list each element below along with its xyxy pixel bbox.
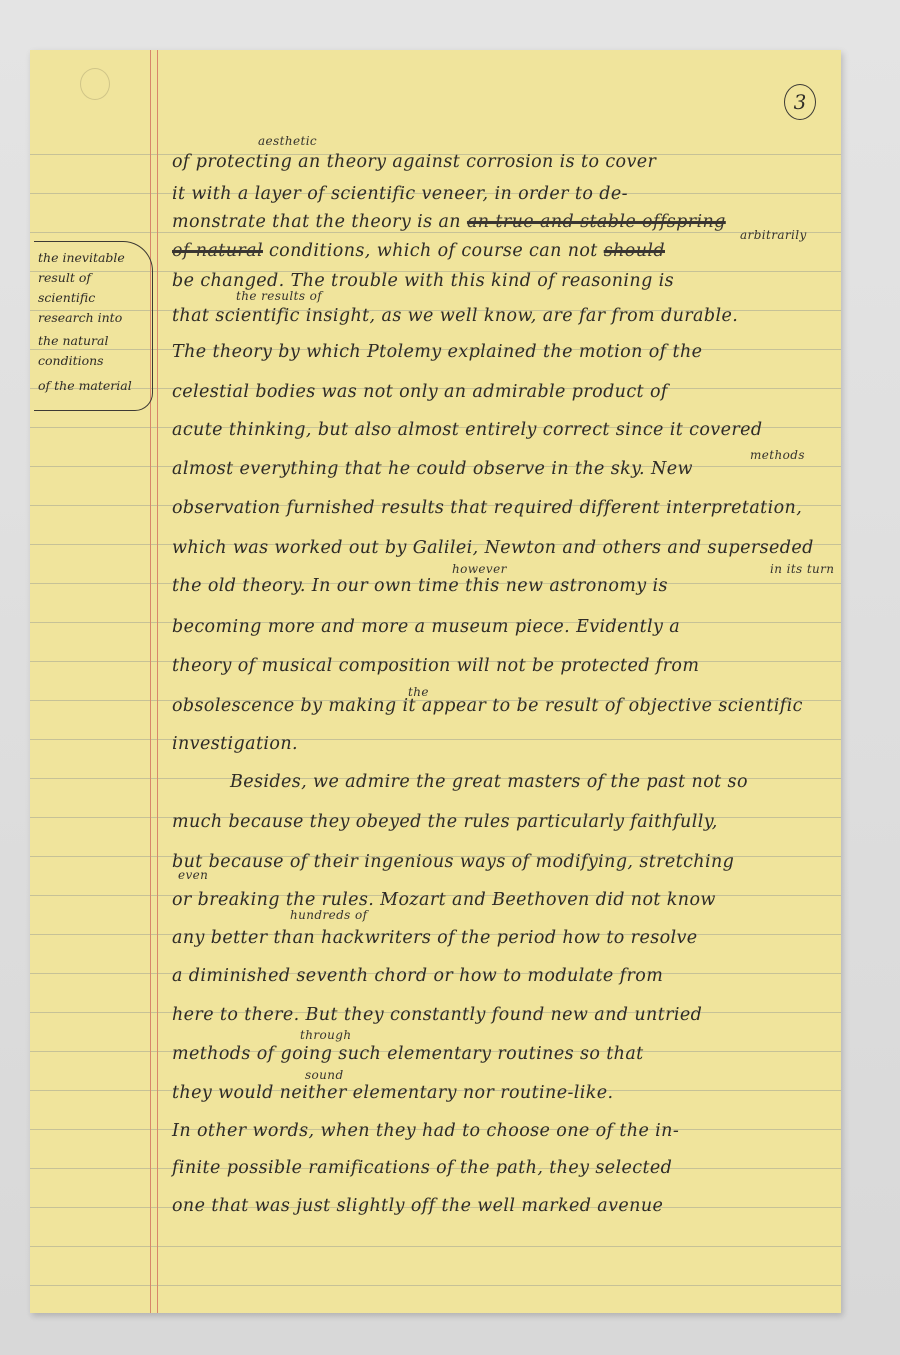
- text-line: theory of musical composition will not b…: [172, 656, 699, 676]
- text-line: a diminished seventh chord or how to mod…: [172, 966, 663, 986]
- text-line: or breaking the rules. Mozart and Beetho…: [172, 890, 716, 910]
- text-line: much because they obeyed the rules parti…: [172, 812, 718, 832]
- text-line: investigation.: [172, 734, 298, 754]
- insertion-methods: methods: [750, 448, 805, 462]
- margin-line-inner: [157, 50, 158, 1313]
- insertion-however: however: [452, 562, 507, 576]
- margin-note-line: result of: [38, 270, 91, 285]
- text-line: of protecting an theory against corrosio…: [172, 152, 656, 172]
- text-line: Besides, we admire the great masters of …: [230, 772, 748, 792]
- text-line: finite possible ramifications of the pat…: [172, 1158, 672, 1178]
- text-line: The theory by which Ptolemy explained th…: [172, 342, 702, 362]
- text-line: becoming more and more a museum piece. E…: [172, 617, 680, 637]
- text-line: that scientific insight, as we well know…: [172, 306, 738, 326]
- insertion-arbitrarily: arbitrarily: [740, 228, 807, 242]
- text-line: any better than hackwriters of the perio…: [172, 928, 698, 948]
- text-line: they would neither elementary nor routin…: [172, 1083, 613, 1103]
- text-line: obsolescence by making it appear to be r…: [172, 696, 803, 716]
- text-segment: conditions, which of course can not: [269, 241, 598, 261]
- faint-circled-mark: [80, 68, 110, 100]
- text-line: monstrate that the theory is an an true …: [172, 212, 726, 232]
- margin-note-line: the natural: [38, 333, 108, 348]
- text-line: In other words, when they had to choose …: [172, 1121, 679, 1141]
- text-line: which was worked out by Galilei, Newton …: [172, 538, 814, 558]
- margin-note-line: conditions: [38, 353, 104, 368]
- text-line: methods of going such elementary routine…: [172, 1044, 644, 1064]
- text-line: observation furnished results that requi…: [172, 498, 802, 518]
- insertion-sound: sound: [305, 1068, 344, 1082]
- insertion-through: through: [300, 1028, 351, 1042]
- text-segment: monstrate that the theory is an: [172, 212, 461, 232]
- margin-note-line: research into: [38, 310, 122, 325]
- margin-line-outer: [150, 50, 151, 1313]
- insertion-in-its-turn: in its turn: [770, 562, 834, 576]
- text-line: be changed. The trouble with this kind o…: [172, 271, 674, 291]
- text-line: it with a layer of scientific veneer, in…: [172, 184, 628, 204]
- margin-note-line: scientific: [38, 290, 95, 305]
- struck-text: an true and stable offspring: [467, 212, 726, 232]
- insertion-aesthetic: aesthetic: [258, 134, 317, 148]
- insertion-hundreds-of: hundreds of: [290, 908, 367, 922]
- struck-text: of natural: [172, 241, 263, 261]
- page-number: 3: [784, 84, 816, 120]
- text-line: one that was just slightly off the well …: [172, 1196, 663, 1216]
- text-line: celestial bodies was not only an admirab…: [172, 382, 668, 402]
- text-line: of natural conditions, which of course c…: [172, 241, 665, 261]
- text-line: but because of their ingenious ways of m…: [172, 852, 734, 872]
- text-line: acute thinking, but also almost entirely…: [172, 420, 762, 440]
- insertion-the-results-of: the results of: [236, 289, 322, 303]
- struck-text: should: [604, 241, 665, 261]
- text-line: the old theory. In our own time this new…: [172, 576, 668, 596]
- margin-note-line: the inevitable: [38, 250, 125, 265]
- text-line: here to there. But they constantly found…: [172, 1005, 702, 1025]
- margin-note-line: of the material: [38, 378, 132, 393]
- text-line: almost everything that he could observe …: [172, 459, 693, 479]
